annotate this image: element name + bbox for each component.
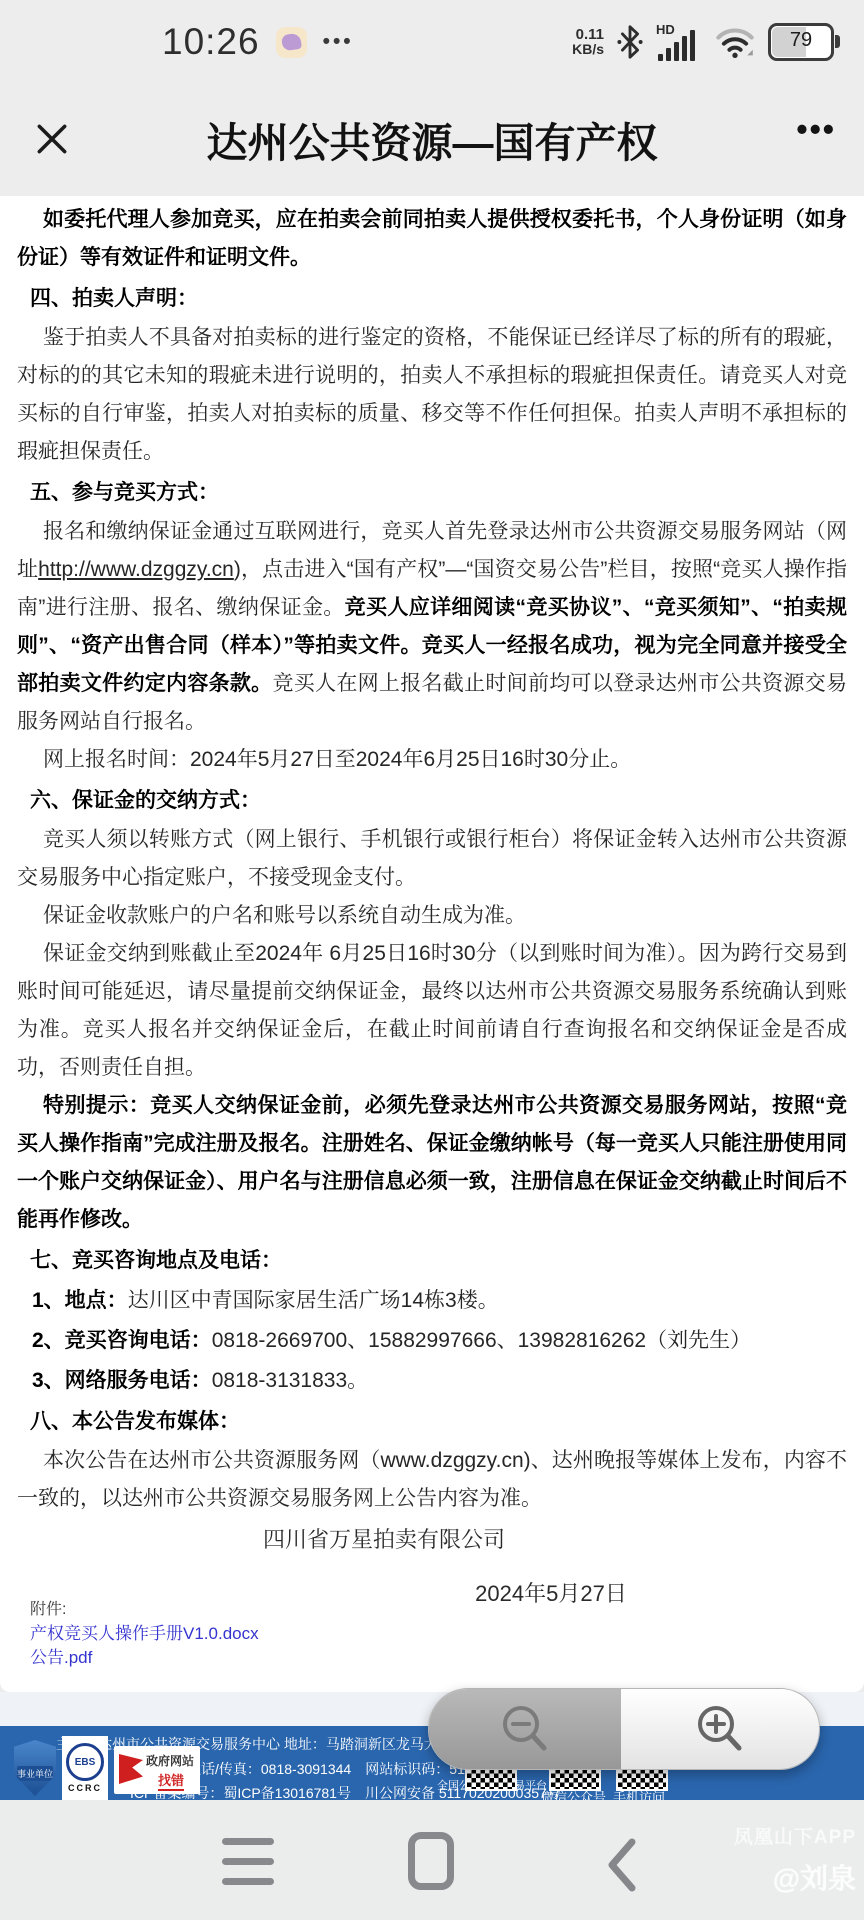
attachment-link[interactable]: 产权竞买人操作手册V1.0.docx — [30, 1622, 259, 1646]
notification-app-icon — [276, 27, 307, 58]
doc-text-run: 六、保证金的交纳方式： — [30, 789, 261, 812]
doc-text-run: 保证金交纳到账截止至2024年 6月25日16时30分（以到账时间为准）。因为跨… — [17, 942, 847, 1079]
cellular-signal: HD — [656, 22, 702, 62]
attachments-section: 附件: 产权竞买人操作手册V1.0.docx公告.pdf — [30, 1598, 259, 1670]
doc-text-run: 特别提示：竞买人交纳保证金前，必须先登录达州市公共资源交易服务网站，按照“竞买人… — [17, 1094, 847, 1231]
battery-percent: 79 — [771, 29, 831, 52]
doc-paragraph: 特别提示：竞买人交纳保证金前，必须先登录达州市公共资源交易服务网站，按照“竞买人… — [17, 1087, 847, 1239]
doc-text-run: 竞买人须以转账方式（网上银行、手机银行或银行柜台）将保证金转入达州市公共资源交易… — [17, 828, 847, 889]
institution-badge-label: 事业单位 — [17, 1766, 53, 1781]
back-button[interactable] — [604, 1836, 638, 1899]
gov-check-label-2: 找错 — [158, 1770, 184, 1791]
doc-url-link[interactable]: http://www.dzggzy.cn — [38, 558, 234, 581]
wifi-icon — [715, 25, 755, 59]
attachment-links: 产权竞买人操作手册V1.0.docx公告.pdf — [30, 1622, 259, 1670]
network-speed-unit: KB/s — [572, 42, 604, 57]
status-bar: 10:26 ••• 0.11 KB/s HD — [0, 0, 864, 84]
signature-company: 四川省万星拍卖有限公司 — [0, 1520, 816, 1560]
doc-paragraph: 如委托代理人参加竞买，应在拍卖会前同拍卖人提供授权委托书，个人身份证明（如身份证… — [17, 201, 847, 277]
doc-text-run: 3、网络服务电话： — [32, 1369, 212, 1392]
watermark-username: @刘泉 — [734, 1857, 856, 1897]
ebs-ring-label: EBS — [66, 1743, 104, 1781]
phone-screen: 10:26 ••• 0.11 KB/s HD — [0, 0, 864, 1920]
doc-text-run: 本次公告在达州市公共资源服务网（www.dzggzy.cn)、达州晚报等媒体上发… — [17, 1449, 847, 1510]
home-button[interactable] — [408, 1832, 454, 1890]
system-nav-bar: 凤凰山下APP @刘泉 — [0, 1800, 864, 1920]
doc-paragraph: 网上报名时间：2024年5月27日至2024年6月25日16时30分止。 — [17, 741, 847, 779]
magnifier-flag-icon — [119, 1754, 143, 1784]
attachment-link[interactable]: 公告.pdf — [30, 1646, 259, 1670]
network-speed-value: 0.11 — [576, 27, 604, 42]
network-speed-indicator: 0.11 KB/s — [572, 27, 604, 57]
recents-button[interactable] — [222, 1838, 274, 1885]
doc-text-run: 八、本公告发布媒体： — [30, 1410, 240, 1433]
doc-paragraph: 本次公告在达州市公共资源服务网（www.dzggzy.cn)、达州晚报等媒体上发… — [17, 1442, 847, 1518]
doc-list-item: 1、地点：达川区中青国际家居生活广场14栋3楼。 — [17, 1282, 847, 1320]
bluetooth-icon — [617, 24, 643, 60]
doc-text-run: 2、竞买咨询电话： — [32, 1329, 212, 1352]
hd-label: HD — [656, 22, 675, 37]
document-body: 如委托代理人参加竞买，应在拍卖会前同拍卖人提供授权委托书，个人身份证明（如身份证… — [0, 196, 864, 1518]
doc-text-run: 四、拍卖人声明： — [30, 287, 198, 310]
back-chevron-icon — [604, 1836, 638, 1894]
doc-text-run: 如委托代理人参加竞买，应在拍卖会前同拍卖人提供授权委托书，个人身份证明（如身份证… — [17, 208, 847, 269]
ccrc-ebs-badge: EBS CCRC — [62, 1736, 108, 1800]
battery-indicator: 79 — [768, 23, 834, 61]
section-heading: 六、保证金的交纳方式： — [17, 782, 847, 820]
attachments-label: 附件: — [30, 1598, 259, 1622]
gov-site-error-report-badge[interactable]: 政府网站 找错 — [114, 1746, 200, 1794]
page-zoom-control — [428, 1688, 820, 1770]
gov-check-label-1: 政府网站 — [146, 1752, 194, 1769]
section-heading: 四、拍卖人声明： — [17, 280, 847, 318]
doc-list-item: 2、竞买咨询电话：0818-2669700、15882997666、139828… — [17, 1322, 847, 1360]
magnifier-minus-icon — [497, 1701, 553, 1757]
watermark: 凤凰山下APP @刘泉 — [734, 1822, 856, 1897]
doc-list-item: 3、网络服务电话：0818-3131833。 — [17, 1362, 847, 1400]
ccrc-label: CCRC — [68, 1783, 102, 1793]
doc-text-run: 达川区中青国际家居生活广场14栋3楼。 — [128, 1289, 499, 1312]
section-heading: 七、竞买咨询地点及电话： — [17, 1242, 847, 1280]
doc-text-run: 鉴于拍卖人不具备对拍卖标的进行鉴定的资格，不能保证已经详尽了标的所有的瑕疵，对标… — [17, 326, 847, 463]
magnifier-plus-icon — [692, 1701, 748, 1757]
institution-badge: 事业单位 — [14, 1740, 56, 1796]
status-right-cluster: 0.11 KB/s HD — [572, 0, 834, 84]
doc-text-run: 七、竞买咨询地点及电话： — [30, 1249, 282, 1272]
section-heading: 八、本公告发布媒体： — [17, 1403, 847, 1441]
clock-time: 10:26 — [162, 21, 260, 63]
status-ellipsis-icon: ••• — [323, 30, 354, 54]
section-heading: 五、参与竞买方式： — [17, 474, 847, 512]
webview-title-bar: 达州公共资源—国有产权 ••• — [0, 84, 864, 196]
doc-text-run: 五、参与竞买方式： — [30, 481, 219, 504]
doc-paragraph: 保证金交纳到账截止至2024年 6月25日16时30分（以到账时间为准）。因为跨… — [17, 935, 847, 1087]
zoom-out-button[interactable] — [429, 1689, 621, 1769]
doc-text-run: 0818-3131833。 — [212, 1369, 368, 1392]
document-card: 如委托代理人参加竞买，应在拍卖会前同拍卖人提供授权委托书，个人身份证明（如身份证… — [0, 196, 864, 1692]
watermark-app-name: 凤凰山下APP — [734, 1822, 856, 1849]
doc-text-run: 保证金收款账户的户名和账号以系统自动生成为准。 — [43, 904, 526, 927]
zoom-in-button[interactable] — [621, 1689, 819, 1769]
doc-paragraph: 竞买人须以转账方式（网上银行、手机银行或银行柜台）将保证金转入达州市公共资源交易… — [17, 821, 847, 897]
doc-text-run: 1、地点： — [32, 1289, 128, 1312]
doc-text-run: 0818-2669700、15882997666、13982816262（刘先生… — [212, 1329, 751, 1352]
doc-paragraph: 鉴于拍卖人不具备对拍卖标的进行鉴定的资格，不能保证已经详尽了标的所有的瑕疵，对标… — [17, 319, 847, 471]
page-title: 达州公共资源—国有产权 — [0, 110, 864, 169]
doc-paragraph: 保证金收款账户的户名和账号以系统自动生成为准。 — [17, 897, 847, 935]
status-left-cluster: 10:26 ••• — [162, 0, 354, 84]
more-menu-button[interactable]: ••• — [790, 110, 842, 149]
battery-nub — [835, 35, 840, 48]
doc-paragraph: 报名和缴纳保证金通过互联网进行，竞买人首先登录达州市公共资源交易服务网站（网址h… — [17, 513, 847, 741]
doc-text-run: 网上报名时间：2024年5月27日至2024年6月25日16时30分止。 — [43, 748, 631, 771]
